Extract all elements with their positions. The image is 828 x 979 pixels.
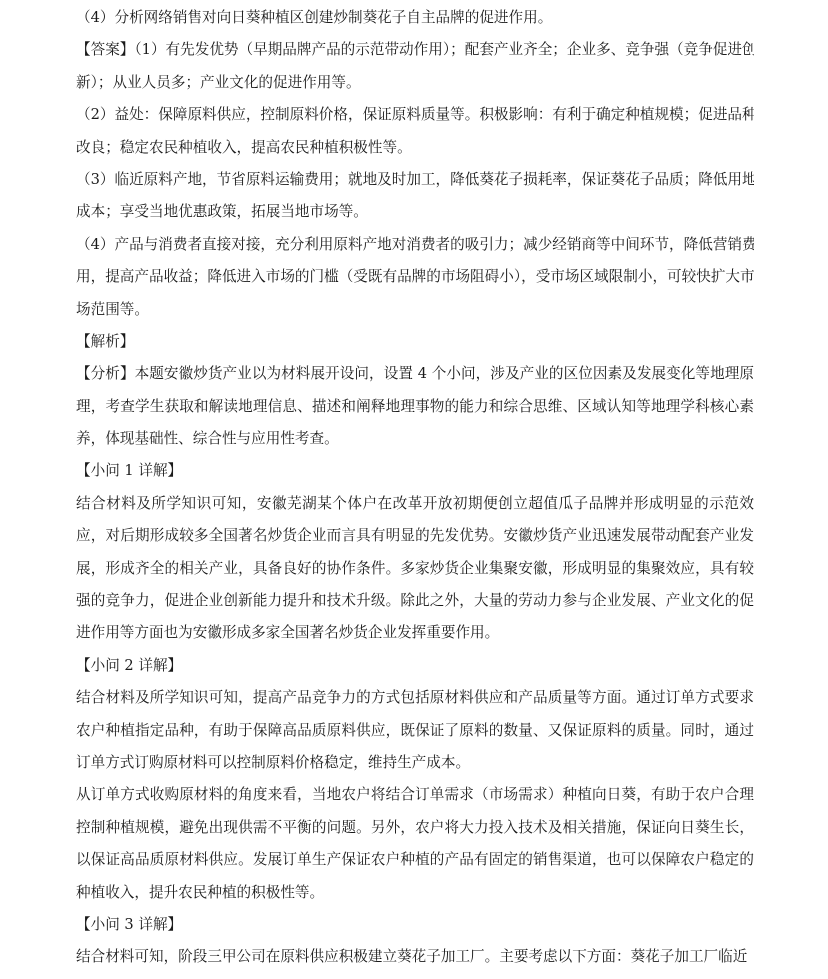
answer-line: 【答案】（1）有先发优势（早期品牌产品的示范带动作用）；配套产业齐全；企业多、竞… xyxy=(76,34,754,66)
answer-line: 成本；享受当地优惠政策，拓展当地市场等。 xyxy=(76,196,754,228)
heading-block: 【小问 3 详解】 xyxy=(76,909,754,941)
document-page: （4）分析网络销售对向日葵种植区创建炒制葵花子自主品牌的促进作用。【答案】（1）… xyxy=(76,2,754,974)
detail-block: 结合材料及所学知识可知，提高产品竞争力的方式包括原材料供应和产品质量等方面。通过… xyxy=(76,682,754,779)
detail-line: 应，对后期形成较多全国著名炒货企业而言具有明显的先发优势。安徽炒货产业迅速发展带… xyxy=(76,520,754,552)
detail-line: 种植收入，提升农民种植的积极性等。 xyxy=(76,877,754,909)
answer-line: 新）；从业人员多；产业文化的促进作用等。 xyxy=(76,67,754,99)
question-block: （4）分析网络销售对向日葵种植区创建炒制葵花子自主品牌的促进作用。 xyxy=(76,2,754,34)
detail-line: 强的竞争力，促进企业创新能力提升和技术升级。除此之外，大量的劳动力参与企业发展、… xyxy=(76,585,754,617)
detail-line: 订单方式订购原材料可以控制原料价格稳定，维持生产成本。 xyxy=(76,747,754,779)
answer-line: （4）产品与消费者直接对接，充分利用原料产地对消费者的吸引力；减少经销商等中间环… xyxy=(76,229,754,261)
detail-line: 展，形成齐全的相关产业，具备良好的协作条件。多家炒货企业集聚安徽，形成明显的集聚… xyxy=(76,553,754,585)
heading-line: 【小问 1 详解】 xyxy=(76,455,754,487)
heading-block: 【小问 2 详解】 xyxy=(76,650,754,682)
heading-block: 【解析】 xyxy=(76,326,754,358)
answer-block: （3）临近原料产地，节省原料运输费用；就地及时加工，降低葵花子损耗率，保证葵花子… xyxy=(76,164,754,229)
answer-block: 【答案】（1）有先发优势（早期品牌产品的示范带动作用）；配套产业齐全；企业多、竞… xyxy=(76,34,754,99)
detail-line: 控制种植规模，避免出现供需不平衡的问题。另外，农户将大力投入技术及相关措施，保证… xyxy=(76,812,754,844)
heading-line: 【小问 3 详解】 xyxy=(76,909,754,941)
detail-line: 结合材料及所学知识可知，提高产品竞争力的方式包括原材料供应和产品质量等方面。通过… xyxy=(76,682,754,714)
heading-line: 【小问 2 详解】 xyxy=(76,650,754,682)
detail-line: 从订单方式收购原材料的角度来看，当地农户将结合订单需求（市场需求）种植向日葵，有… xyxy=(76,779,754,811)
heading-block: 【小问 1 详解】 xyxy=(76,455,754,487)
answer-block: （2）益处：保障原料供应，控制原料价格，保证原料质量等。积极影响：有利于确定种植… xyxy=(76,99,754,164)
answer-line: 用，提高产品收益；降低进入市场的门槛（受既有品牌的市场阻碍小），受市场区域限制小… xyxy=(76,261,754,293)
analysis-block: 【分析】本题安徽炒货产业以为材料展开设问，设置 4 个小问，涉及产业的区位因素及… xyxy=(76,358,754,455)
answer-line: 场范围等。 xyxy=(76,294,754,326)
analysis-line: 【分析】本题安徽炒货产业以为材料展开设问，设置 4 个小问，涉及产业的区位因素及… xyxy=(76,358,754,390)
answer-line: （3）临近原料产地，节省原料运输费用；就地及时加工，降低葵花子损耗率，保证葵花子… xyxy=(76,164,754,196)
detail-block: 从订单方式收购原材料的角度来看，当地农户将结合订单需求（市场需求）种植向日葵，有… xyxy=(76,779,754,909)
detail-block: 结合材料可知，阶段三甲公司在原料供应积极建立葵花子加工厂。主要考虑以下方面：葵花… xyxy=(76,941,754,973)
answer-block: （4）产品与消费者直接对接，充分利用原料产地对消费者的吸引力；减少经销商等中间环… xyxy=(76,229,754,326)
detail-line: 以保证高品质原材料供应。发展订单生产保证农户种植的产品有固定的销售渠道，也可以保… xyxy=(76,844,754,876)
detail-line: 结合材料可知，阶段三甲公司在原料供应积极建立葵花子加工厂。主要考虑以下方面：葵花… xyxy=(76,941,754,973)
heading-line: 【解析】 xyxy=(76,326,754,358)
analysis-line: 理，考查学生获取和解读地理信息、描述和阐释地理事物的能力和综合思维、区域认知等地… xyxy=(76,391,754,423)
detail-line: 结合材料及所学知识可知，安徽芜湖某个体户在改革开放初期便创立超值瓜子品牌并形成明… xyxy=(76,488,754,520)
analysis-line: 养，体现基础性、综合性与应用性考查。 xyxy=(76,423,754,455)
detail-line: 农户种植指定品种，有助于保障高品质原料供应，既保证了原料的数量、又保证原料的质量… xyxy=(76,715,754,747)
detail-block: 结合材料及所学知识可知，安徽芜湖某个体户在改革开放初期便创立超值瓜子品牌并形成明… xyxy=(76,488,754,650)
answer-line: （2）益处：保障原料供应，控制原料价格，保证原料质量等。积极影响：有利于确定种植… xyxy=(76,99,754,131)
answer-line: 改良；稳定农民种植收入，提高农民种植积极性等。 xyxy=(76,132,754,164)
detail-line: 进作用等方面也为安徽形成多家全国著名炒货企业发挥重要作用。 xyxy=(76,617,754,649)
question-line: （4）分析网络销售对向日葵种植区创建炒制葵花子自主品牌的促进作用。 xyxy=(76,2,754,34)
